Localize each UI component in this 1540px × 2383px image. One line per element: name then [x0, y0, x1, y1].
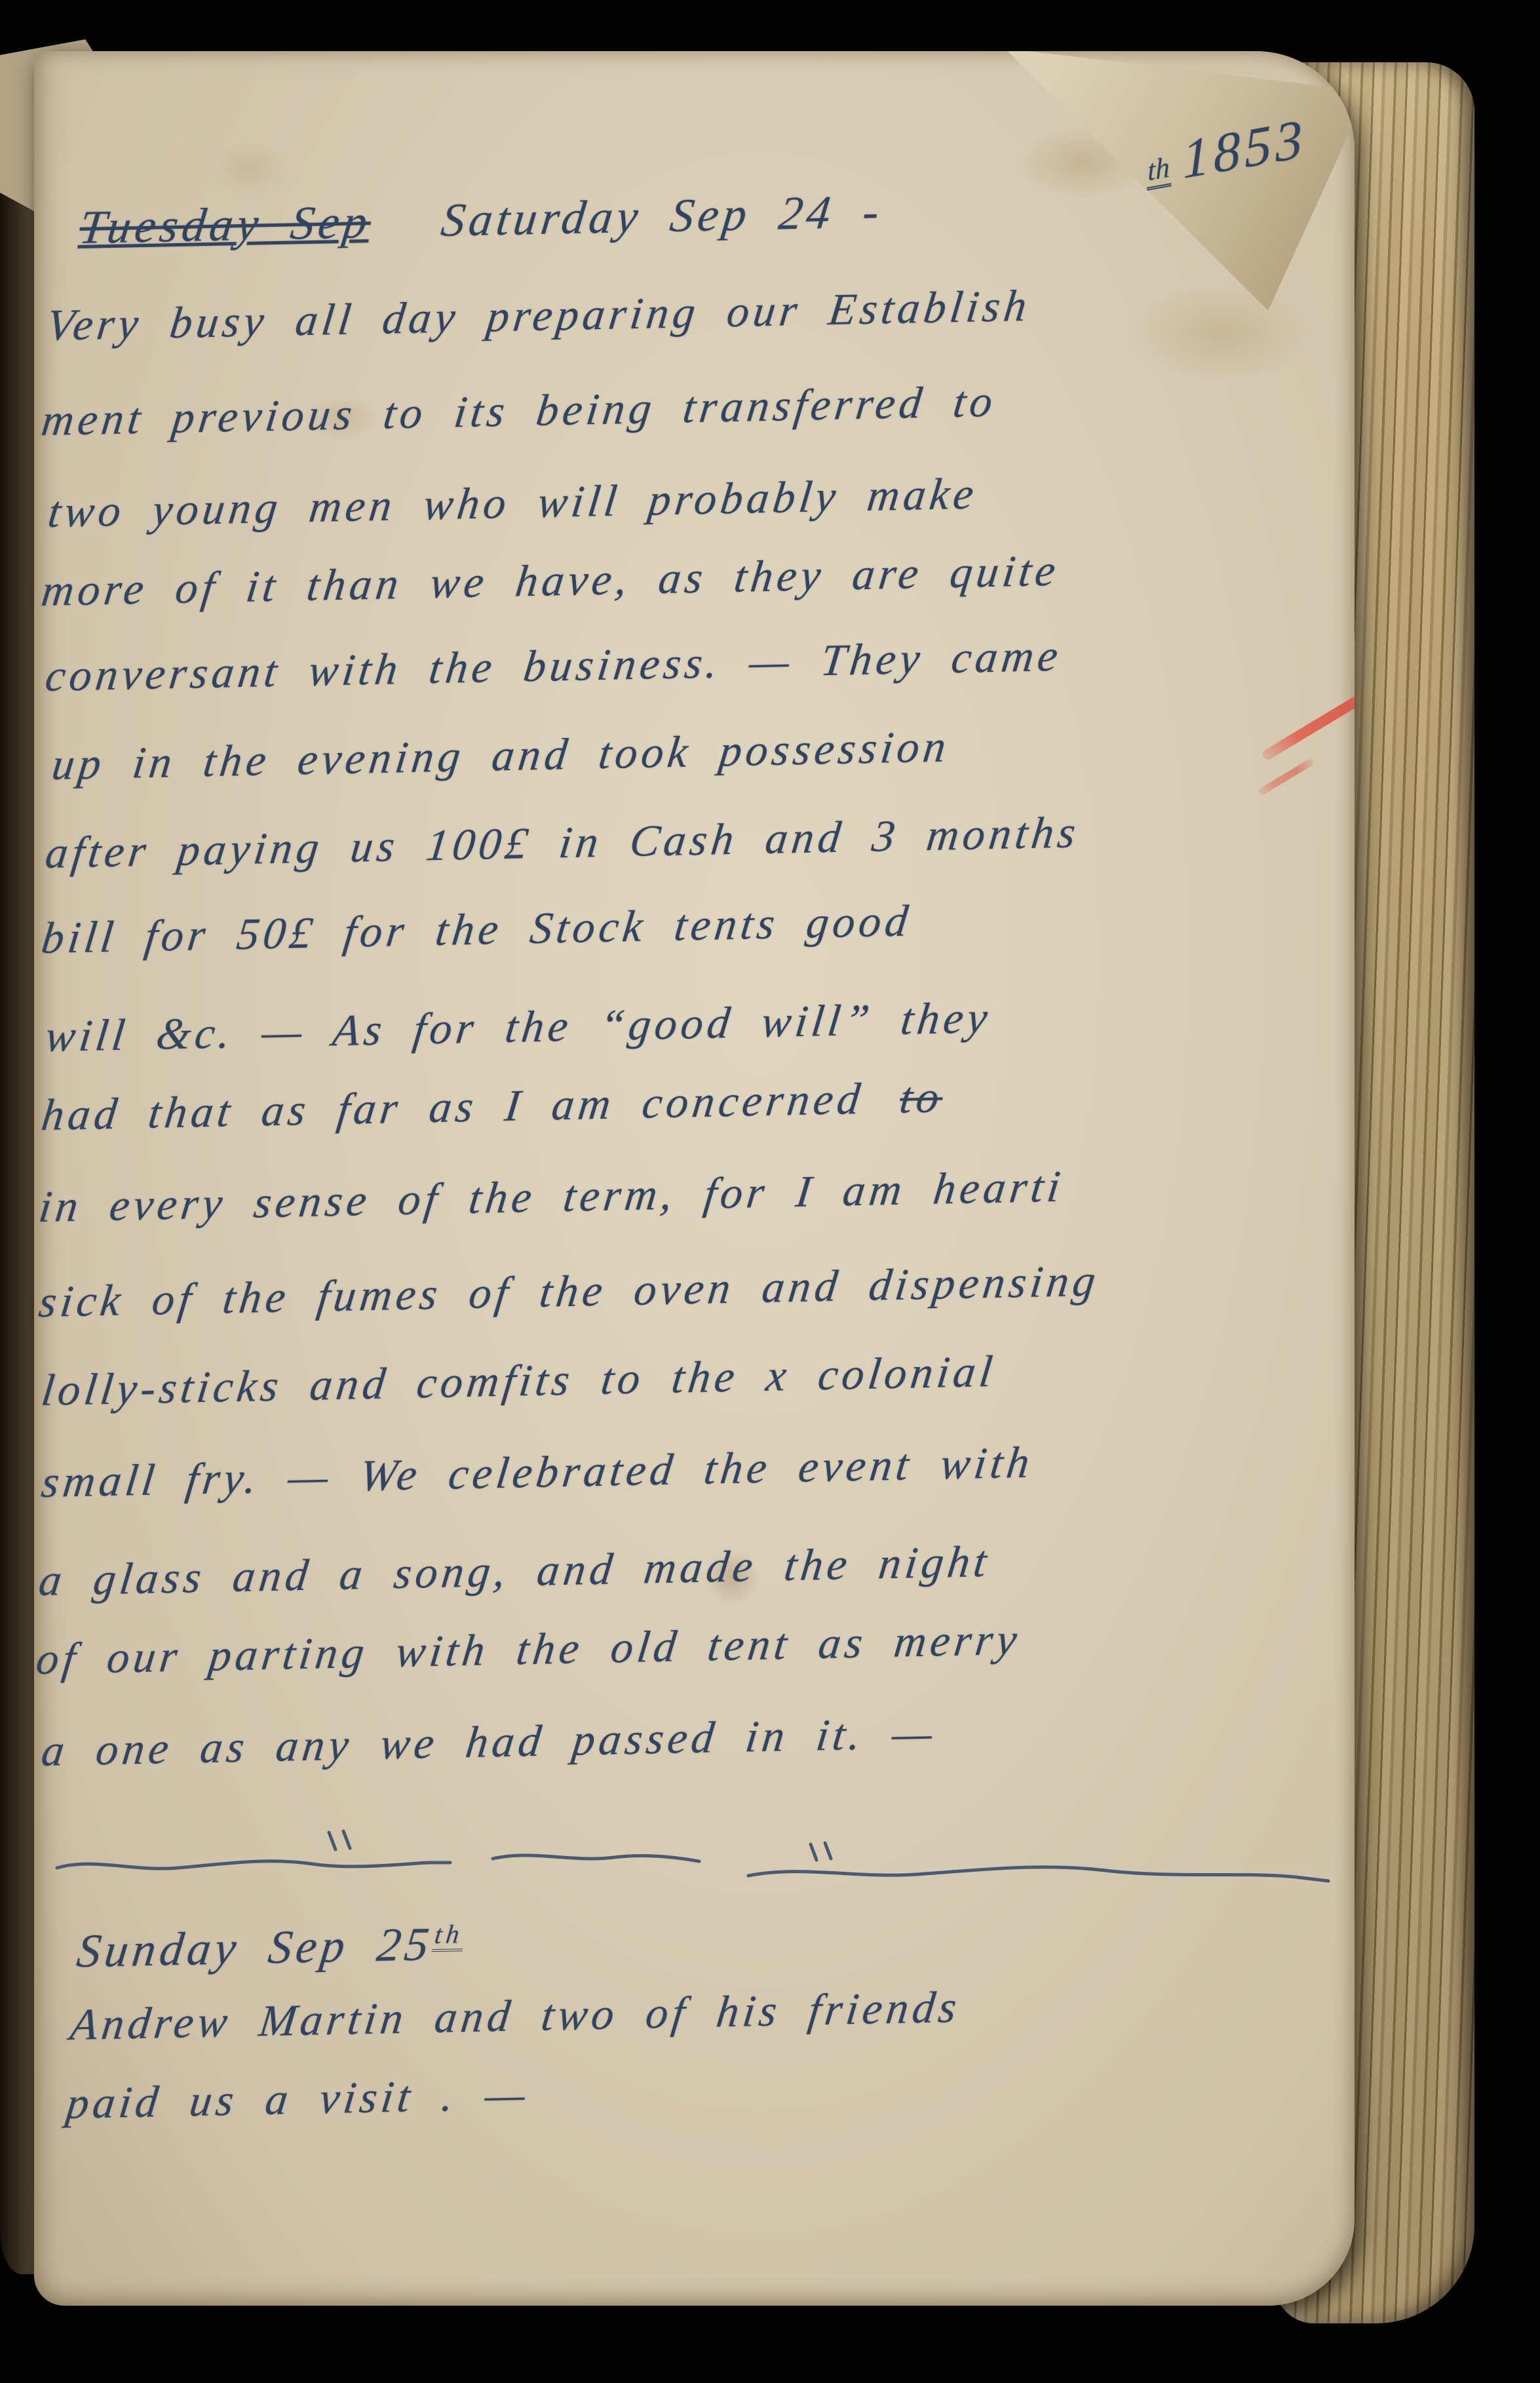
entry-heading-sunday: Sunday Sep 25th — [74, 1916, 467, 1979]
red-ink-mark — [1261, 681, 1355, 762]
entry-date-text: Saturday Sep 24 - — [438, 185, 886, 246]
manuscript-line: Andrew Martin and two of his friends — [67, 1981, 963, 2051]
struck-day-text: Tuesday Sep — [77, 195, 374, 254]
manuscript-line: sick of the fumes of the oven and dispen… — [36, 1254, 1102, 1328]
manuscript-line: a glass and a song, and made the night — [36, 1536, 993, 1606]
red-ink-mark-faint — [1257, 758, 1315, 796]
entry-divider-flourish — [41, 1821, 1345, 1899]
manuscript-line: of our parting with the old tent as merr… — [34, 1614, 1024, 1685]
manuscript-line: will &c. — As for the “good will” they — [43, 992, 994, 1062]
manuscript-line: ment previous to its being transferred t… — [39, 376, 999, 446]
entry-date-text: Sunday Sep 25 — [74, 1918, 435, 1977]
manuscript-line: small fry. — We celebrated the event wit… — [39, 1437, 1036, 1509]
manuscript-line: Very busy all day preparing our Establis… — [44, 280, 1033, 351]
manuscript-line: up in the evening and took possession — [49, 720, 953, 790]
manuscript-line: had that as far as I am concernedto — [39, 1071, 946, 1141]
diary-page: Tuesday Sep Saturday Sep 24 - th 1853 Ve… — [34, 51, 1355, 2306]
manuscript-line: paid us a visit . — — [64, 2068, 532, 2129]
struck-word: to — [897, 1072, 946, 1123]
diary-photograph: Tuesday Sep Saturday Sep 24 - th 1853 Ve… — [0, 0, 1540, 2383]
entry-heading-saturday: Tuesday Sep Saturday Sep 24 - — [77, 184, 886, 255]
manuscript-line: two young men who will probably make — [45, 467, 980, 538]
manuscript-line: more of it than we have, as they are qui… — [39, 545, 1062, 617]
manuscript-line: bill for 50£ for the Stock tents good — [39, 895, 914, 964]
manuscript-line-text: had that as far as I am concerned — [39, 1074, 866, 1140]
manuscript-line: conversant with the business. — They cam… — [43, 630, 1064, 702]
manuscript-line: a one as any we had passed in it. — — [39, 1707, 939, 1777]
ordinal-superscript: th — [1145, 150, 1172, 190]
manuscript-line: in every sense of the term, for I am hea… — [36, 1161, 1067, 1233]
ordinal-superscript: th — [431, 1919, 466, 1952]
manuscript-line: lolly-sticks and comfits to the x coloni… — [39, 1346, 999, 1416]
manuscript-line: after paying us 100£ in Cash and 3 month… — [43, 806, 1082, 879]
divider-wavy-line — [41, 1821, 1345, 1899]
